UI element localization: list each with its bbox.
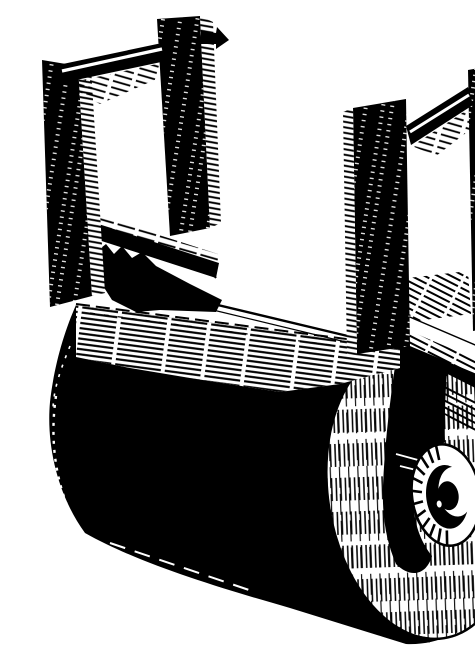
- engraving-canvas: Antique black-and-white ink engraving of…: [40, 16, 475, 646]
- engraving-figure: Antique black-and-white ink engraving of…: [40, 16, 475, 646]
